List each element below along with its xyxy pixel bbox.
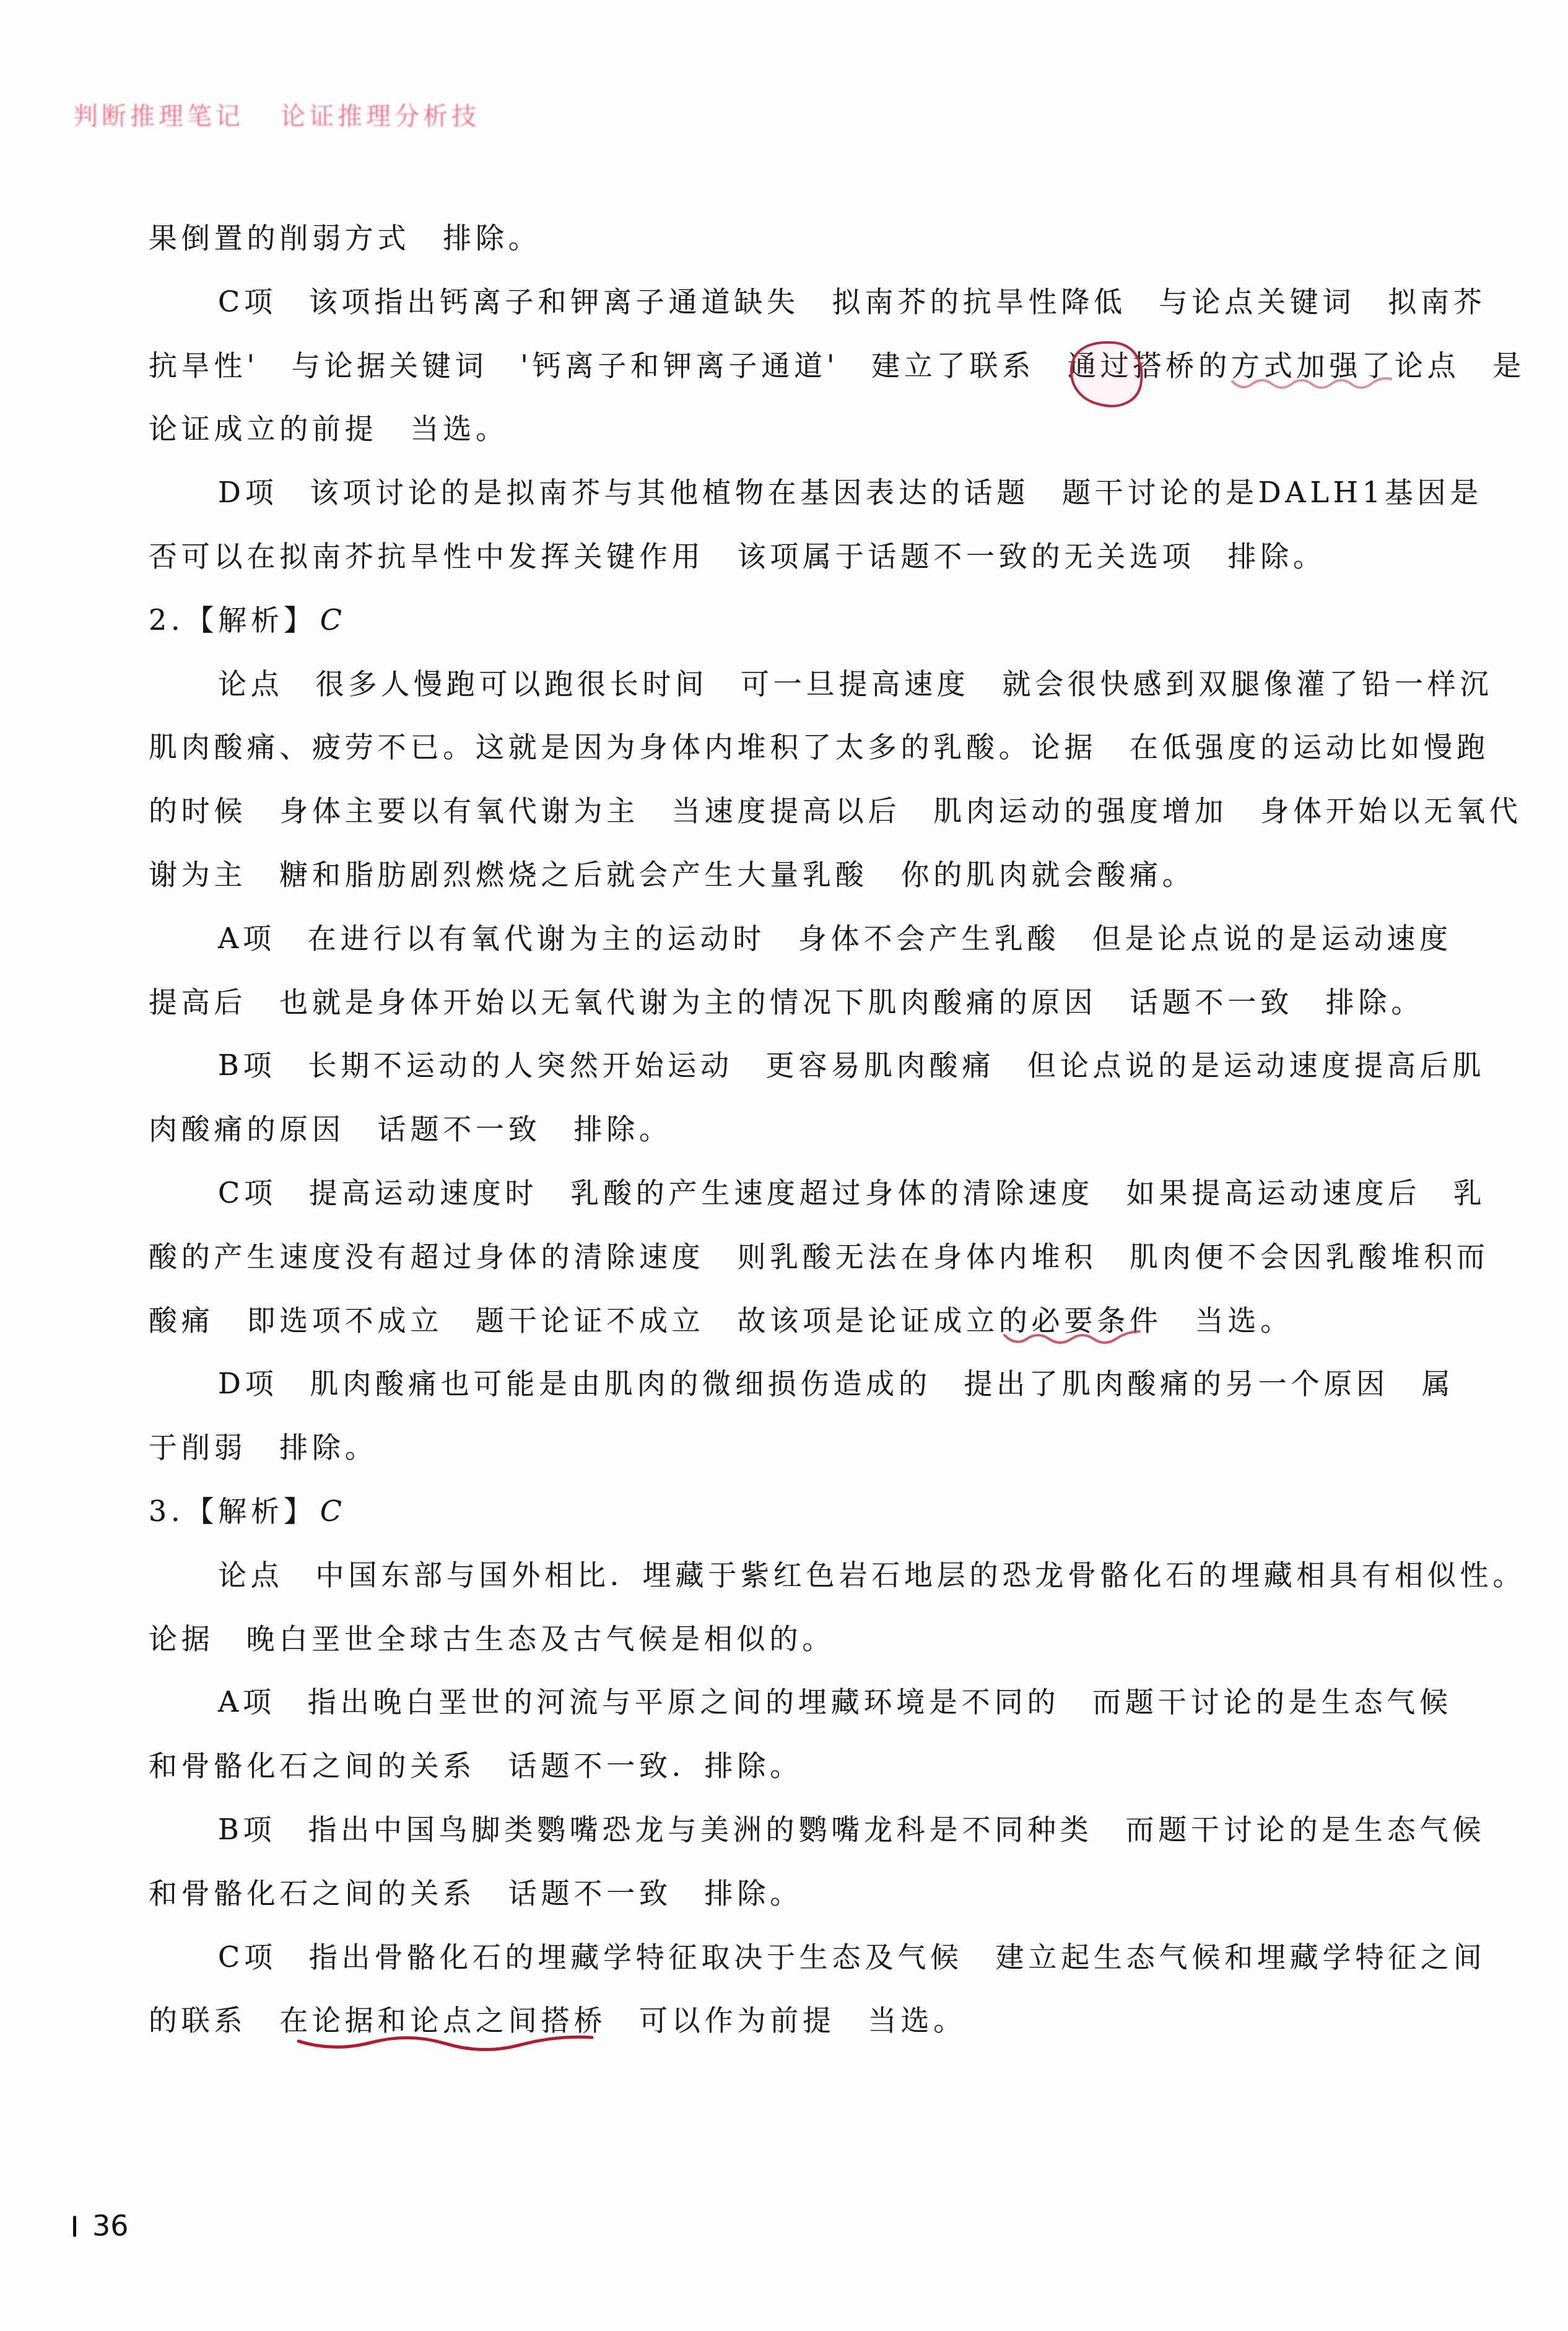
analysis-label: 【解析】 [186, 1494, 316, 1528]
question-3-heading: 3.【解析】C [149, 1479, 1480, 1543]
page-number: 36 [73, 2208, 129, 2243]
text-line: 的时候 身体主要以有氧代谢为主 当速度提高以后 肌肉运动的强度增加 身体开始以无… [149, 779, 1480, 843]
option-label: A项 [218, 907, 276, 970]
text-line: 肉酸痛的原因 话题不一致 排除。 [149, 1097, 1480, 1161]
text-line: 酸痛 即选项不成立 题干论证不成立 故该项是论证成立的必要条件 当选。 [149, 1289, 1480, 1353]
option-d-analysis: D项该项讨论的是拟南芥与其他植物在基因表达的话题 题干讨论的是DALH1基因是 [149, 461, 1480, 525]
text-line: 抗旱性' 与论据关键词 '钙离子和钾离子通道' 建立了联系 通过搭桥的方式加强了… [149, 334, 1480, 398]
option-d-analysis: D项肌肉酸痛也可能是由肌肉的微细损伤造成的 提出了肌肉酸痛的另一个原因 属 [149, 1352, 1480, 1416]
text-line: 提高后 也就是身体开始以无氧代谢为主的情况下肌肉酸痛的原因 话题不一致 排除。 [149, 970, 1480, 1034]
text-line: 谢为主 糖和脂肪剧烈燃烧之后就会产生大量乳酸 你的肌肉就会酸痛。 [149, 843, 1480, 907]
text-line: 和骨骼化石之间的关系 话题不一致．排除。 [149, 1734, 1480, 1798]
answer-letter: C [320, 603, 346, 637]
analysis-label: 【解析】 [186, 603, 316, 637]
option-b-analysis: B项指出中国鸟脚类鹦嘴恐龙与美洲的鹦嘴龙科是不同种类 而题干讨论的是生态气候 [149, 1798, 1480, 1862]
option-a-analysis: A项在进行以有氧代谢为主的运动时 身体不会产生乳酸 但是论点说的是运动速度 [149, 907, 1480, 970]
option-c-analysis: C项提高运动速度时 乳酸的产生速度超过身体的清除速度 如果提高运动速度后 乳 [149, 1161, 1480, 1225]
text-line: 该项讨论的是拟南芥与其他植物在基因表达的话题 题干讨论的是DALH1基因是 [310, 476, 1483, 509]
argument-evidence: 论据晚白垩世全球古生态及古气候是相似的。 [149, 1607, 1480, 1671]
argument-claim: 论点很多人慢跑可以跑很长时间 可一旦提高速度 就会很快感到双腿像灌了铅一样沉 [149, 652, 1480, 716]
question-number: 2. [149, 603, 185, 637]
text-line: 在进行以有氧代谢为主的运动时 身体不会产生乳酸 但是论点说的是运动速度 [308, 922, 1452, 955]
text-line: 否可以在拟南芥抗旱性中发挥关键作用 该项属于话题不一致的无关选项 排除。 [149, 525, 1480, 588]
option-c-analysis: C项指出骨骼化石的埋藏学特征取决于生态及气候 建立起生态气候和埋藏学特征之间 [149, 1925, 1480, 1989]
option-b-analysis: B项长期不运动的人突然开始运动 更容易肌肉酸痛 但论点说的是运动速度提高后肌 [149, 1034, 1480, 1097]
option-label: A项 [218, 1670, 276, 1734]
text-line: 很多人慢跑可以跑很长时间 可一旦提高速度 就会很快感到双腿像灌了铅一样沉 [316, 667, 1493, 700]
text-line: 晚白垩世全球古生态及古气候是相似的。 [246, 1622, 835, 1655]
text-line: 和骨骼化石之间的关系 话题不一致 排除。 [149, 1862, 1480, 1925]
question-2-heading: 2.【解析】C [149, 588, 1480, 652]
text-line: 的联系 在论据和论点之间搭桥 可以作为前提 当选。 [149, 1989, 1480, 2052]
text-line: 肌肉酸痛、疲劳不已。这就是因为身体内堆积了太多的乳酸。论据 在低强度的运动比如慢… [149, 715, 1480, 779]
claim-label: 论点 [218, 1543, 284, 1607]
option-c-analysis: C项该项指出钙离子和钾离子通道缺失 拟南芥的抗旱性降低 与论点关键词 拟南芥 [149, 270, 1480, 334]
option-label: B项 [218, 1034, 276, 1097]
text-line: 指出中国鸟脚类鹦嘴恐龙与美洲的鹦嘴龙科是不同种类 而题干讨论的是生态气候 [308, 1813, 1485, 1846]
text-line: 中国东部与国外相比．埋藏于紫红色岩石地层的恐龙骨骼化石的埋藏相具有相似性。 [316, 1558, 1526, 1592]
text-line: 酸的产生速度没有超过身体的清除速度 则乳酸无法在身体内堆积 肌肉便不会因乳酸堆积… [149, 1225, 1480, 1289]
evidence-label: 论据 [149, 1607, 214, 1671]
option-label: B项 [218, 1798, 276, 1862]
claim-label: 论点 [218, 652, 284, 716]
text-line: 提高运动速度时 乳酸的产生速度超过身体的清除速度 如果提高运动速度后 乳 [309, 1176, 1486, 1209]
text-line: 该项指出钙离子和钾离子通道缺失 拟南芥的抗旱性降低 与论点关键词 拟南芥 [309, 285, 1486, 318]
text-line: 于削弱 排除。 [149, 1416, 1480, 1479]
page-number-separator [73, 2216, 76, 2237]
argument-claim: 论点中国东部与国外相比．埋藏于紫红色岩石地层的恐龙骨骼化石的埋藏相具有相似性。 [149, 1543, 1480, 1607]
text-line: 长期不运动的人突然开始运动 更容易肌肉酸痛 但论点说的是运动速度提高后肌 [308, 1048, 1485, 1082]
book-title: 判断推理笔记 [73, 99, 244, 134]
text-line: 指出骨骼化石的埋藏学特征取决于生态及气候 建立起生态气候和埋藏学特征之间 [309, 1940, 1486, 1974]
text-line: 指出晚白垩世的河流与平原之间的埋藏环境是不同的 而题干讨论的是生态气候 [308, 1685, 1452, 1719]
text-line: 果倒置的削弱方式 排除。 [149, 206, 1480, 270]
option-label: C项 [218, 1925, 277, 1989]
page-number-value: 36 [92, 2209, 129, 2242]
option-a-analysis: A项指出晚白垩世的河流与平原之间的埋藏环境是不同的 而题干讨论的是生态气候 [149, 1670, 1480, 1734]
document-page: 判断推理笔记 论证推理分析技 果倒置的削弱方式 排除。 C项该项指出钙离子和钾离… [0, 0, 1568, 2331]
option-label: C项 [218, 270, 277, 334]
option-label: D项 [218, 461, 277, 525]
answer-letter: C [320, 1494, 346, 1528]
option-label: C项 [218, 1161, 277, 1225]
question-number: 3. [149, 1494, 185, 1528]
answer-analysis-body: 果倒置的削弱方式 排除。 C项该项指出钙离子和钾离子通道缺失 拟南芥的抗旱性降低… [149, 206, 1480, 2052]
text-line: 肌肉酸痛也可能是由肌肉的微细损伤造成的 提出了肌肉酸痛的另一个原因 属 [310, 1367, 1454, 1400]
option-label: D项 [218, 1352, 277, 1416]
text-line: 论证成立的前提 当选。 [149, 397, 1480, 461]
chapter-title: 论证推理分析技 [281, 99, 480, 134]
